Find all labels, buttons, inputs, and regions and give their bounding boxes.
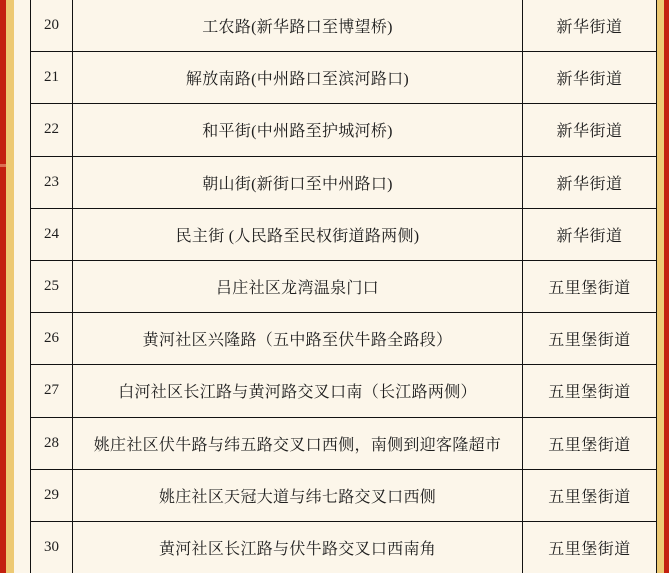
location-cell: 黄河社区兴隆路（五中路至伏牛路全路段） (73, 313, 523, 365)
location-cell: 朝山街(新街口至中州路口) (73, 156, 523, 208)
location-cell: 姚庄社区天冠大道与纬七路交叉口西侧 (73, 469, 523, 521)
table-row: 30 黄河社区长江路与伏牛路交叉口西南角 五里堡街道 (31, 521, 657, 573)
location-cell: 黄河社区长江路与伏牛路交叉口西南角 (73, 521, 523, 573)
table-row: 29 姚庄社区天冠大道与纬七路交叉口西侧 五里堡街道 (31, 469, 657, 521)
district-cell: 五里堡街道 (523, 313, 657, 365)
district-cell: 五里堡街道 (523, 260, 657, 312)
right-red-strip (664, 0, 669, 573)
location-cell: 解放南路(中州路口至滨河路口) (73, 52, 523, 104)
table-row: 20 工农路(新华路口至博望桥) 新华街道 (31, 0, 657, 52)
row-number-cell: 23 (31, 156, 73, 208)
row-number-cell: 21 (31, 52, 73, 104)
row-number-cell: 28 (31, 417, 73, 469)
road-sections-table: 20 工农路(新华路口至博望桥) 新华街道 21 解放南路(中州路口至滨河路口)… (30, 0, 657, 573)
row-number-cell: 20 (31, 0, 73, 52)
district-cell: 新华街道 (523, 0, 657, 52)
district-cell: 新华街道 (523, 52, 657, 104)
row-number-cell: 22 (31, 104, 73, 156)
district-cell: 五里堡街道 (523, 521, 657, 573)
location-cell: 白河社区长江路与黄河路交叉口南（长江路两侧） (73, 365, 523, 417)
table-row: 27 白河社区长江路与黄河路交叉口南（长江路两侧） 五里堡街道 (31, 365, 657, 417)
table-row: 24 民主街 (人民路至民权街道路两侧) 新华街道 (31, 208, 657, 260)
district-cell: 新华街道 (523, 104, 657, 156)
left-strip-highlight (0, 164, 6, 167)
row-number-cell: 29 (31, 469, 73, 521)
row-number-cell: 27 (31, 365, 73, 417)
row-number-cell: 24 (31, 208, 73, 260)
district-cell: 五里堡街道 (523, 469, 657, 521)
district-cell: 五里堡街道 (523, 417, 657, 469)
district-cell: 新华街道 (523, 156, 657, 208)
row-number-cell: 30 (31, 521, 73, 573)
table-row: 25 吕庄社区龙湾温泉门口 五里堡街道 (31, 260, 657, 312)
location-cell: 姚庄社区伏牛路与纬五路交叉口西侧，南侧到迎客隆超市 (73, 417, 523, 469)
table-row: 28 姚庄社区伏牛路与纬五路交叉口西侧，南侧到迎客隆超市 五里堡街道 (31, 417, 657, 469)
row-number-cell: 25 (31, 260, 73, 312)
table-row: 23 朝山街(新街口至中州路口) 新华街道 (31, 156, 657, 208)
left-gold-strip (6, 0, 14, 573)
district-cell: 新华街道 (523, 208, 657, 260)
district-cell: 五里堡街道 (523, 365, 657, 417)
location-cell: 工农路(新华路口至博望桥) (73, 0, 523, 52)
row-number-cell: 26 (31, 313, 73, 365)
location-cell: 吕庄社区龙湾温泉门口 (73, 260, 523, 312)
page: 20 工农路(新华路口至博望桥) 新华街道 21 解放南路(中州路口至滨河路口)… (0, 0, 669, 573)
location-cell: 民主街 (人民路至民权街道路两侧) (73, 208, 523, 260)
table-row: 22 和平街(中州路至护城河桥) 新华街道 (31, 104, 657, 156)
location-cell: 和平街(中州路至护城河桥) (73, 104, 523, 156)
table-row: 21 解放南路(中州路口至滨河路口) 新华街道 (31, 52, 657, 104)
right-gold-strip (656, 0, 664, 573)
table-row: 26 黄河社区兴隆路（五中路至伏牛路全路段） 五里堡街道 (31, 313, 657, 365)
